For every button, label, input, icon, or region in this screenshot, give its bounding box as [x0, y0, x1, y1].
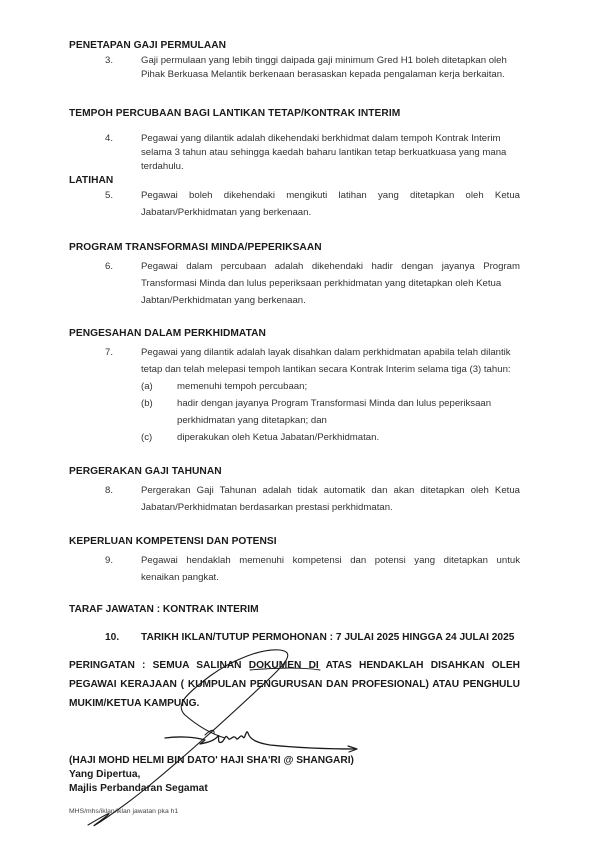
item-9-line-2: kenaikan pangkat.	[141, 572, 219, 583]
signatory-name: (HAJI MOHD HELMI BIN DATO' HAJI SHA'RI @…	[69, 755, 354, 766]
item-5-line-1: Pegawai boleh dikehendaki mengikuti lati…	[141, 190, 520, 201]
item-number-8: 8.	[105, 485, 113, 496]
reference-code: MHS/mhs/iklan/iklan jawatan pka h1	[69, 808, 178, 815]
heading-tempoh-percubaan: TEMPOH PERCUBAAN BAGI LANTIKAN TETAP/KON…	[69, 108, 400, 119]
signatory-title: Yang Dipertua,	[69, 769, 140, 780]
item-5-line-2: Jabatan/Perkhidmatan yang berkenaan.	[141, 207, 311, 218]
item-3-line-2: Pihak Berkuasa Melantik berkenaan berasa…	[141, 69, 505, 80]
item-7-line-1: Pegawai yang dilantik adalah layak disah…	[141, 347, 511, 358]
subitem-c-text: diperakukan oleh Ketua Jabatan/Perkhidma…	[177, 432, 379, 443]
heading-penetapan-gaji: PENETAPAN GAJI PERMULAAN	[69, 40, 226, 51]
item-8-line-2: Jabatan/Perkhidmatan berdasarkan prestas…	[141, 502, 393, 513]
heading-pengesahan: PENGESAHAN DALAM PERKHIDMATAN	[69, 328, 266, 339]
item-9-line-1: Pegawai hendaklah memenuhi kompetensi da…	[141, 555, 520, 566]
subitem-b-line-2: perkhidmatan yang ditetapkan; dan	[177, 415, 327, 426]
peringatan-line-2: PEGAWAI KERAJAAN ( KUMPULAN PENGURUSAN D…	[69, 679, 520, 690]
item-number-10: 10.	[105, 632, 119, 643]
signatory-organization: Majlis Perbandaran Segamat	[69, 783, 208, 794]
item-number-7: 7.	[105, 347, 113, 358]
item-number-5: 5.	[105, 190, 113, 201]
subitem-b-label: (b)	[141, 398, 153, 409]
heading-latihan: LATIHAN	[69, 175, 113, 186]
subitem-c-label: (c)	[141, 432, 152, 443]
heading-pergerakan-gaji: PERGERAKAN GAJI TAHUNAN	[69, 466, 222, 477]
item-number-6: 6.	[105, 261, 113, 272]
item-6-line-3: Jabtan/Perkhidmatan yang berkenaan.	[141, 295, 306, 306]
item-6-line-1: Pegawai dalam percubaan adalah dikehenda…	[141, 261, 520, 272]
tarikh-iklan: TARIKH IKLAN/TUTUP PERMOHONAN : 7 JULAI …	[141, 632, 514, 643]
item-4-line-3: terdahulu.	[141, 161, 184, 172]
item-7-line-2: tetap dan telah melepasi tempoh lantikan…	[141, 364, 511, 375]
peringatan-line-1: PERINGATAN : SEMUA SALINAN DOKUMEN DI AT…	[69, 660, 520, 671]
document-page: PENETAPAN GAJI PERMULAAN 3. Gaji permula…	[0, 0, 595, 842]
subitem-a-label: (a)	[141, 381, 153, 392]
peringatan-line-3: MUKIM/KETUA KAMPUNG.	[69, 698, 199, 709]
taraf-jawatan: TARAF JAWATAN : KONTRAK INTERIM	[69, 604, 259, 615]
item-number-4: 4.	[105, 133, 113, 144]
item-number-9: 9.	[105, 555, 113, 566]
item-4-line-1: Pegawai yang dilantik adalah dikehendaki…	[141, 133, 500, 144]
item-number-3: 3.	[105, 55, 113, 66]
item-6-line-2: Transformasi Minda dan lulus peperiksaan…	[141, 278, 501, 289]
item-3-line-1: Gaji permulaan yang lebih tinggi daipada…	[141, 55, 507, 66]
subitem-b-line-1: hadir dengan jayanya Program Transformas…	[177, 398, 491, 409]
heading-program-transformasi: PROGRAM TRANSFORMASI MINDA/PEPERIKSAAN	[69, 242, 322, 253]
subitem-a-text: memenuhi tempoh percubaan;	[177, 381, 307, 392]
item-4-line-2: selama 3 tahun atau sehingga kaedah baha…	[141, 147, 506, 158]
item-8-line-1: Pergerakan Gaji Tahunan adalah tidak aut…	[141, 485, 520, 496]
heading-keperluan-kompetensi: KEPERLUAN KOMPETENSI DAN POTENSI	[69, 536, 277, 547]
